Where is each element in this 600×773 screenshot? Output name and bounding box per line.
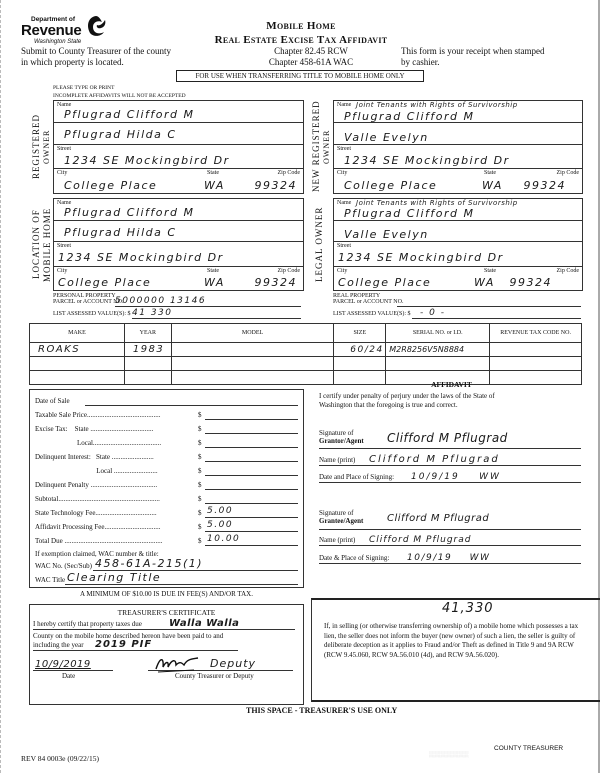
fee-line-total-due[interactable]: Total Due ..............................… (35, 533, 298, 546)
registered-owner-street: 1234 SE Mockingbird Dr (64, 154, 230, 167)
fee-value: 5.00 (205, 506, 298, 518)
new-owner-street: 1234 SE Mockingbird Dr (344, 154, 510, 167)
date-of-sale-label: Date of Sale (35, 397, 70, 405)
city-label: City (57, 268, 67, 274)
legal-owner-name2: Valle Evelyn (344, 228, 429, 241)
dollar-sign: $ (198, 523, 202, 531)
affidavit-statement: I certify under penalty of perjury under… (319, 392, 594, 410)
treasurer-signature: Deputy (210, 657, 256, 670)
statement-line-2: Washington that the foregoing is true an… (319, 401, 594, 410)
registered-owner-name2: Pflugrad Hilda C (64, 128, 177, 141)
registered-owner-street-field[interactable]: Street 1234 SE Mockingbird Dr (54, 145, 303, 169)
fee-label: Local ......................... (35, 467, 158, 475)
grantor-signature-field[interactable]: Signature of Grantor/Agent Clifford M Pf… (319, 429, 581, 449)
receipt-note: This form is your receipt when stamped b… (401, 46, 591, 68)
registered-owner-city-row[interactable]: City State Zip Code College Place WA 993… (54, 169, 303, 194)
state-label: State (484, 170, 496, 176)
col-model: MODEL (171, 324, 333, 343)
location-city: College Place (58, 276, 151, 289)
name-label: Name (337, 102, 351, 108)
table-row: ROAKS 1983 60/24 M2R8256V5N8884 (30, 343, 582, 357)
year-cell[interactable] (124, 357, 171, 371)
grantor-name-label: Name (print) (319, 456, 355, 464)
col-size: SIZE (334, 324, 386, 343)
treasurer-certificate-box: TREASURER'S CERTIFICATE I hereby certify… (29, 604, 304, 705)
tax-lien-notice: 41,330 If, in selling (or otherwise tran… (311, 598, 600, 702)
street-label: Street (57, 243, 71, 249)
grantor-date-field[interactable]: Date and Place of Signing: 10/9/19 WW (319, 469, 581, 483)
name-label: Name (337, 200, 351, 206)
table-header-row: MAKE YEAR MODEL SIZE SERIAL NO. or I.D. … (30, 324, 582, 343)
new-owner-state: WA (482, 179, 503, 192)
legal-owner-box: Name Joint Tenants with Rights of Surviv… (333, 198, 583, 291)
fee-value (205, 408, 298, 420)
state-label: State (484, 268, 496, 274)
real-property-section: REAL PROPERTY PARCEL or ACCOUNT NO. LIST… (333, 293, 585, 322)
treasurer-line-1: I hereby certify that property taxes due (33, 620, 142, 628)
size-cell[interactable] (334, 357, 386, 371)
wac-number-label: WAC No. (Sec/Sub) (35, 562, 92, 570)
grantor-signature: Clifford M Pflugrad (387, 431, 508, 445)
treasurer-county: Walla Walla (169, 618, 239, 629)
location-box: Name Pflugrad Clifford M Pflugrad Hilda … (53, 198, 304, 291)
legal-owner-tenancy-note: Joint Tenants with Rights of Survivorshi… (356, 199, 518, 207)
treasurer-county-field[interactable]: I hereby certify that property taxes due… (33, 619, 295, 630)
assessed-label: LIST ASSESSED VALUE(S): $ (333, 311, 411, 317)
dollar-sign: $ (198, 411, 202, 419)
county-treasurer-label: COUNTY TREASURER (494, 745, 563, 752)
fee-value (205, 478, 298, 490)
parcel-label: PARCEL or ACCOUNT NO. (333, 299, 403, 305)
street-label: Street (337, 243, 351, 249)
fees-box: Date of Sale Taxable Sale Price.........… (29, 389, 304, 588)
tax-code-cell[interactable] (490, 357, 582, 371)
location-name1: Pflugrad Clifford M (64, 206, 195, 219)
year-cell[interactable] (124, 371, 171, 385)
new-owner-city: College Place (344, 179, 437, 192)
make-cell[interactable]: ROAKS (30, 343, 125, 357)
fee-line-excise-local[interactable]: Local...................................… (35, 435, 298, 448)
grantee-name-field[interactable]: Name (print) Clifford M Pflugrad (319, 532, 581, 546)
legal-owner-name1-field[interactable]: Name Joint Tenants with Rights of Surviv… (334, 199, 582, 221)
fee-line-interest-local[interactable]: Local ......................... $ (35, 463, 298, 476)
dollar-sign: $ (198, 425, 202, 433)
state-label: State (207, 268, 219, 274)
notice-text: If, in selling (or otherwise transferrin… (324, 622, 592, 660)
wac-title-field[interactable]: WAC Title Clearing Title (35, 571, 298, 585)
street-label: Street (57, 146, 71, 152)
dollar-sign: $ (198, 509, 202, 517)
new-owner-name1: Pflugrad Clifford M (344, 110, 475, 123)
registered-owner-name1-field[interactable]: Name Pflugrad Clifford M (54, 101, 303, 123)
new-owner-name1-field[interactable]: Name Joint Tenants with Rights of Surviv… (334, 101, 582, 123)
grantor-date: 10/9/19 WW (411, 472, 501, 482)
dollar-sign: $ (198, 467, 202, 475)
receipt-line-2: by cashier. (401, 57, 591, 68)
location-city-row[interactable]: City State Zip Code College Place WA 993… (54, 267, 303, 291)
dollar-sign: $ (198, 481, 202, 489)
registered-owner-city: College Place (64, 179, 157, 192)
location-label-2: MOBILE HOME (42, 198, 52, 291)
new-owner-name2: Valle Evelyn (344, 131, 429, 144)
grantee-signature-field[interactable]: Signature of Grantee/Agent Clifford M Pf… (319, 510, 581, 530)
grantee-date-field[interactable]: Date & Place of Signing: 10/9/19 WW (319, 550, 581, 564)
date-of-sale-value (85, 394, 298, 406)
submit-instructions: Submit to County Treasurer of the county… (21, 46, 211, 68)
personal-assessed-field[interactable]: LIST ASSESSED VALUE(S): $ 41 330 (53, 311, 305, 322)
fee-label: Subtotal................................… (35, 495, 160, 503)
notice-handwritten-value: 41,330 (442, 604, 494, 614)
treasurer-year: 2019 PIF (95, 639, 152, 650)
affidavit-heading: AFFIDAVIT (309, 380, 594, 389)
wac-title-label: WAC Title (35, 576, 65, 584)
size-cell[interactable]: 60/24 (334, 343, 386, 357)
dollar-sign: $ (198, 495, 202, 503)
date-of-sale-field[interactable]: Date of Sale (35, 393, 298, 406)
col-year: YEAR (124, 324, 171, 343)
legal-owner-state: WA (474, 276, 495, 289)
new-owner-street-field[interactable]: Street 1234 SE Mockingbird Dr (334, 145, 582, 169)
grantee-name-label: Name (print) (319, 536, 355, 544)
grantee-date-label: Date & Place of Signing: (319, 554, 389, 562)
new-owner-tenancy-note: Joint Tenants with Rights of Survivorshi… (356, 101, 518, 109)
treasurer-line-3: including the year (33, 641, 84, 649)
fee-line-penalty[interactable]: Delinquent Penalty .....................… (35, 477, 298, 490)
print-instructions: PLEASE TYPE OR PRINT INCOMPLETE AFFIDAVI… (53, 84, 186, 100)
legal-owner-zip: 99324 (510, 276, 553, 289)
make-cell[interactable] (30, 357, 125, 371)
treasurer-year-field[interactable]: including the year 2019 PIF (33, 640, 238, 651)
location-zip: 99324 (255, 276, 298, 289)
location-name2-field[interactable]: Pflugrad Hilda C (54, 221, 303, 242)
registered-owner-zip: 99324 (255, 179, 298, 192)
personal-property-section: PERSONAL PROPERTY PARCEL or ACCOUNT NO. … (53, 293, 305, 322)
col-make: MAKE (30, 324, 125, 343)
registered-owner-box: Name Pflugrad Clifford M Pflugrad Hilda … (53, 100, 304, 194)
location-street-field[interactable]: Street 1234 SE Mockingbird Dr (54, 242, 303, 267)
fee-value (205, 422, 298, 434)
legal-owner-name2-field[interactable]: Valle Evelyn (334, 221, 582, 242)
location-state: WA (204, 276, 225, 289)
dollar-sign: $ (198, 537, 202, 545)
please-type-text: PLEASE TYPE OR PRINT (53, 84, 186, 92)
grantor-signature-label: Signature of Grantor/Agent (319, 429, 364, 445)
fee-label: Taxable Sale Price......................… (35, 411, 161, 419)
real-parcel-value (397, 296, 581, 307)
fee-label: Total Due ..............................… (35, 537, 162, 545)
statement-line-1: I certify under penalty of perjury under… (319, 392, 594, 401)
form-title-line2: Real Estate Excise Tax Affidavit (1, 34, 600, 46)
affidavit-form-page: Department of Revenue Washington State M… (0, 0, 600, 773)
registered-owner-state: WA (204, 179, 225, 192)
wac-number-field[interactable]: WAC No. (Sec/Sub) 458-61A-215(1) (35, 557, 298, 571)
treasurer-heading: TREASURER'S CERTIFICATE (30, 608, 303, 617)
make-cell[interactable] (30, 371, 125, 385)
zip-label: Zip Code (557, 170, 580, 176)
mobile-home-table: MAKE YEAR MODEL SIZE SERIAL NO. or I.D. … (29, 323, 582, 385)
affidavit-section: AFFIDAVIT I certify under penalty of per… (319, 380, 594, 410)
treasurer-signature-scribble-icon (154, 655, 200, 673)
form-title-line1: Mobile Home (1, 20, 600, 32)
zip-label: Zip Code (557, 268, 580, 274)
wac-title-value: Clearing Title (65, 571, 298, 585)
fee-value: 10.00 (205, 534, 298, 546)
grantee-signature-label: Signature of Grantee/Agent (319, 509, 363, 525)
fee-line-technology[interactable]: State Technology Fee....................… (35, 505, 298, 518)
col-serial: SERIAL NO. or I.D. (386, 324, 490, 343)
fee-line-excise-state[interactable]: Excise Tax: State ......................… (35, 421, 298, 434)
treasurer-use-only-label: THIS SPACE - TREASURER'S USE ONLY (246, 706, 397, 715)
parcel-label: PARCEL or ACCOUNT NO. (53, 299, 123, 305)
legal-owner-name1: Pflugrad Clifford M (344, 207, 475, 220)
fee-label: Delinquent Penalty .....................… (35, 481, 157, 489)
col-tax-code: REVENUE TAX CODE NO. (490, 324, 582, 343)
faint-receipt-stamp: ░░░░░░░░░░░ (429, 751, 469, 758)
table-row (30, 357, 582, 371)
submit-line-1: Submit to County Treasurer of the county (21, 46, 211, 57)
registered-owner-name1: Pflugrad Clifford M (64, 108, 195, 121)
legal-owner-label: LEGAL OWNER (314, 198, 328, 291)
new-owner-name2-field[interactable]: Valle Evelyn (334, 123, 582, 145)
fee-label: State Technology Fee....................… (35, 509, 157, 517)
location-name1-field[interactable]: Name Pflugrad Clifford M (54, 199, 303, 221)
new-owner-zip: 99324 (524, 179, 567, 192)
fee-label: Local...................................… (35, 439, 161, 447)
fee-value (205, 450, 298, 462)
mobile-home-only-banner: FOR USE WHEN TRANSFERRING TITLE TO MOBIL… (176, 70, 424, 82)
legal-owner-street: 1234 SE Mockingbird Dr (338, 251, 504, 264)
legal-owner-city-row[interactable]: City State Zip Code College Place WA 993… (334, 267, 582, 291)
grantee-name: Clifford M Pflugrad (369, 535, 471, 545)
new-registered-owner-label-2: OWNER (322, 100, 332, 193)
personal-parcel-value: 5000000 13146 (115, 296, 301, 307)
fee-line-taxable-price[interactable]: Taxable Sale Price......................… (35, 407, 298, 420)
location-name2: Pflugrad Hilda C (64, 226, 177, 239)
treasurer-date-field[interactable]: 10/9/2019 (33, 657, 113, 671)
receipt-line-1: This form is your receipt when stamped (401, 46, 591, 57)
legal-owner-street-field[interactable]: Street 1234 SE Mockingbird Dr (334, 242, 582, 267)
dollar-sign: $ (198, 453, 202, 461)
chapter-wac: Chapter 458-61A WAC (251, 57, 371, 68)
treasurer-signature-field[interactable]: Deputy (148, 655, 293, 671)
dollar-sign: $ (198, 439, 202, 447)
personal-assessed-value: 41 330 (132, 308, 301, 319)
submit-line-2: in which property is located. (21, 57, 211, 68)
new-registered-owner-box: Name Joint Tenants with Rights of Surviv… (333, 100, 583, 194)
state-label: State (207, 170, 219, 176)
fee-line-interest-state[interactable]: Delinquent Interest: State .............… (35, 449, 298, 462)
fee-label: Delinquent Interest: State .............… (35, 453, 154, 461)
new-owner-city-row[interactable]: City State Zip Code College Place WA 993… (334, 169, 582, 194)
zip-label: Zip Code (278, 268, 301, 274)
legal-owner-city: College Place (338, 276, 431, 289)
serial-cell[interactable]: M2R8256V5N8884 (386, 343, 490, 357)
minimum-due-note: A MINIMUM OF $10.00 IS DUE IN FEE(S) AND… (29, 590, 304, 598)
incomplete-warning-text: INCOMPLETE AFFIDAVITS WILL NOT BE ACCEPT… (53, 92, 186, 100)
tax-code-cell[interactable] (490, 343, 582, 357)
fee-value (205, 436, 298, 448)
zip-label: Zip Code (278, 170, 301, 176)
grantee-date: 10/9/19 WW (407, 553, 490, 563)
fee-value (205, 464, 298, 476)
year-cell[interactable]: 1983 (124, 343, 171, 357)
serial-cell[interactable] (386, 357, 490, 371)
treasurer-date: 10/9/2019 (35, 659, 91, 670)
fee-label: Excise Tax: State ......................… (35, 425, 153, 433)
grantor-name: Clifford M Pflugrad (369, 454, 500, 465)
fee-label: Affidavit Processing Fee................… (35, 523, 160, 531)
form-number: REV 84 0003e (09/22/15) (21, 754, 99, 763)
grantor-name-field[interactable]: Name (print) Clifford M Pflugrad (319, 452, 581, 466)
fee-line-subtotal[interactable]: Subtotal................................… (35, 491, 298, 504)
real-assessed-value: - 0 - (412, 308, 581, 319)
model-cell[interactable] (171, 357, 333, 371)
chapter-references: Chapter 82.45 RCW Chapter 458-61A WAC (251, 46, 371, 68)
city-label: City (57, 170, 67, 176)
chapter-rcw: Chapter 82.45 RCW (251, 46, 371, 57)
city-label: City (337, 268, 347, 274)
treasurer-date-label: Date (62, 672, 75, 680)
treasurer-sig-label: County Treasurer or Deputy (175, 672, 254, 680)
real-assessed-field[interactable]: LIST ASSESSED VALUE(S): $ - 0 - (333, 311, 585, 322)
city-label: City (337, 170, 347, 176)
fee-value: 5.00 (205, 520, 298, 532)
location-street: 1234 SE Mockingbird Dr (58, 251, 224, 264)
fee-value (205, 492, 298, 504)
grantee-signature: Clifford M Pflugrad (387, 513, 489, 524)
registered-owner-name2-field[interactable]: Pflugrad Hilda C (54, 123, 303, 145)
fee-line-processing[interactable]: Affidavit Processing Fee................… (35, 519, 298, 532)
model-cell[interactable] (171, 343, 333, 357)
assessed-label: LIST ASSESSED VALUE(S): $ (53, 311, 131, 317)
registered-owner-label-2: OWNER (42, 100, 52, 193)
street-label: Street (337, 146, 351, 152)
wac-number-value: 458-61A-215(1) (93, 557, 298, 571)
grantor-date-label: Date and Place of Signing: (319, 473, 394, 481)
